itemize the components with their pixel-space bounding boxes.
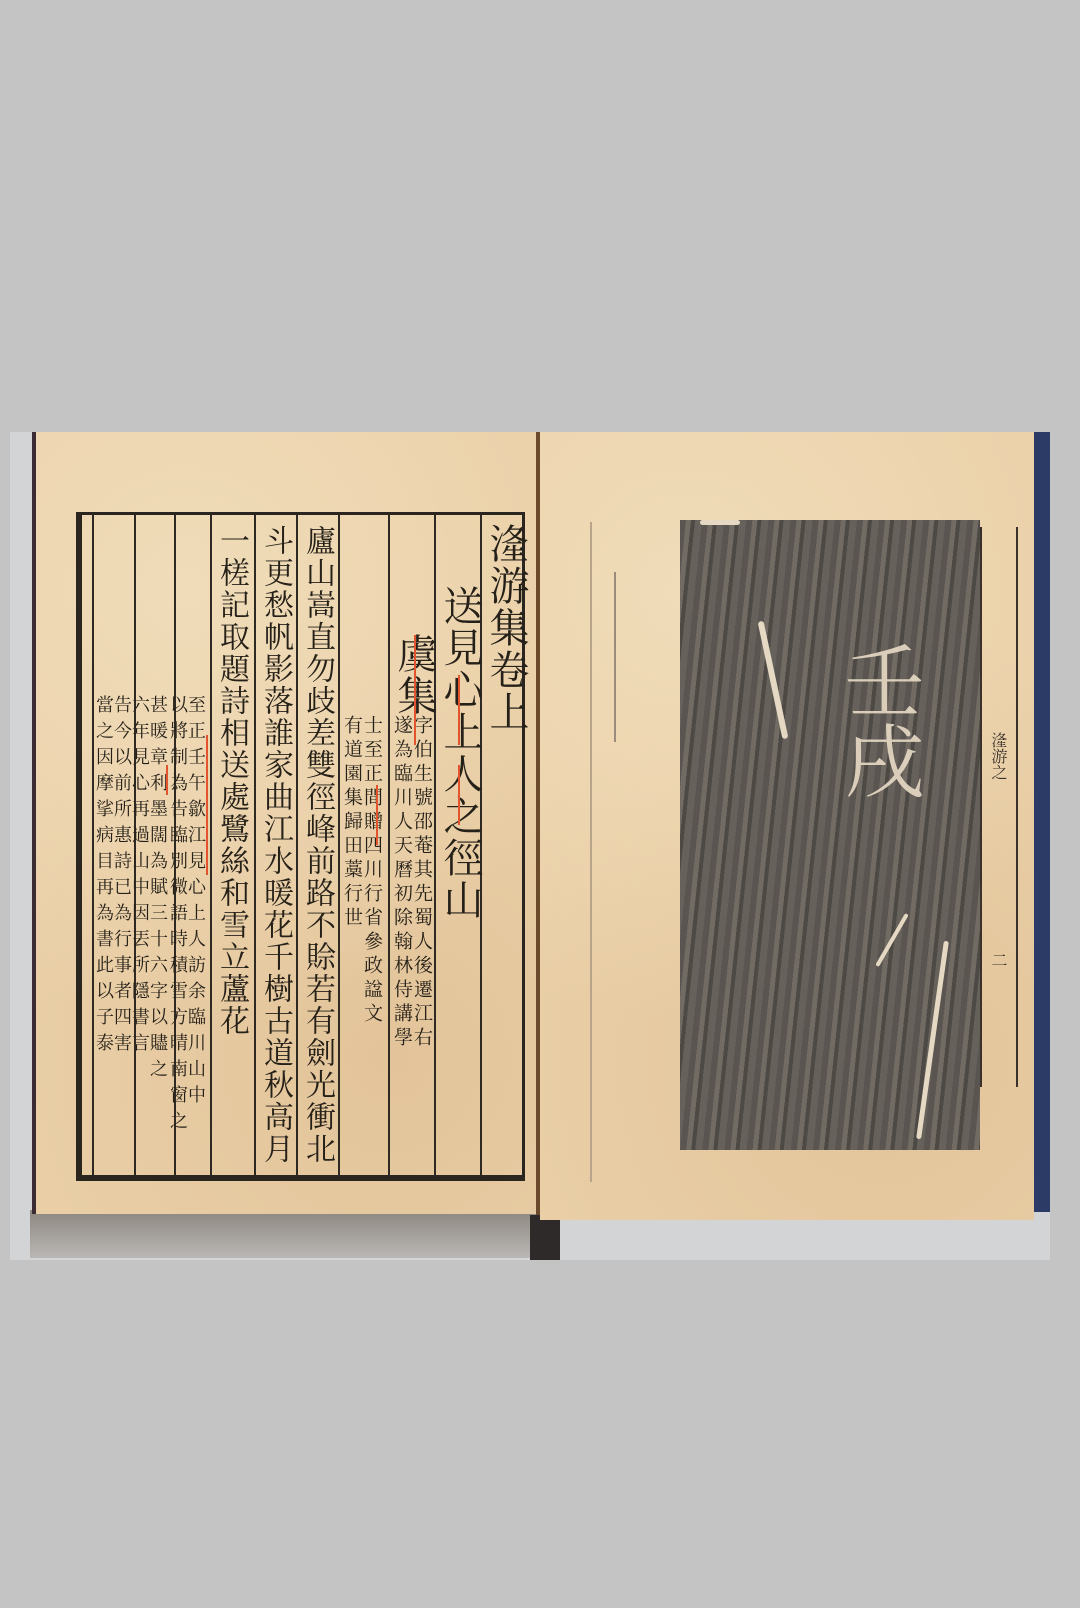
stone-rubbing: 壬戌 [680, 520, 980, 1150]
verse-line: 一槎記取題詩相送處鷺絲和雪立蘆花 [216, 525, 246, 1037]
volume-title: 湰游集卷上 [486, 523, 526, 733]
column-rule [388, 515, 390, 1175]
rubbing-crack [916, 941, 949, 1140]
red-punctuation-mark [414, 635, 416, 745]
show-through-rule [590, 522, 592, 1182]
column-rule [296, 515, 298, 1175]
prose-note: 當之因摩挲病目再為書此以子泰 [94, 695, 112, 1059]
prose-note: 甚暖章利墨闊為賦三十六字以贐之 [148, 695, 166, 1085]
red-punctuation-mark [166, 765, 168, 795]
spine-gap [530, 1215, 560, 1260]
folio-number: 二 [987, 952, 1010, 968]
column-rule [338, 515, 340, 1175]
poem-title: 送見心上人之徑山 [440, 585, 480, 921]
verse-line: 廬山嵩直勿歧差雙徑峰前路不賒若有劍光衝北 [302, 525, 332, 1165]
margin-frame [980, 527, 1018, 1087]
red-punctuation-mark [376, 785, 378, 845]
rubbing-crack [758, 621, 789, 740]
author-note: 士至正間贈四川行省參政諡文 [362, 715, 381, 1027]
show-through-rule [614, 572, 616, 742]
margin-label: 湰游之 [987, 732, 1010, 780]
rubbing-character: 壬戌 [820, 640, 935, 800]
left-page: 湰游集卷上 送見心上人之徑山 虞集 字伯生號邵菴其先蜀人後遷江右 遂為臨川人天曆… [32, 432, 540, 1214]
prose-note: 告今以前所惠詩已為行事者四害 [112, 695, 130, 1059]
prose-note: 六年見心再過山中因丟所隱書言 [130, 695, 148, 1059]
column-rule [434, 515, 436, 1175]
column-rule [210, 515, 212, 1175]
red-punctuation-mark [458, 675, 460, 745]
verse-line: 斗更愁帆影落誰家曲江水暖花千樹古道秋高月 [260, 525, 290, 1165]
author-note: 遂為臨川人天曆初除翰林侍講學 [392, 715, 411, 1051]
red-punctuation-mark [458, 765, 460, 825]
author-note: 字伯生號邵菴其先蜀人後遷江右 [412, 715, 431, 1051]
printed-frame: 湰游集卷上 送見心上人之徑山 虞集 字伯生號邵菴其先蜀人後遷江右 遂為臨川人天曆… [76, 512, 525, 1181]
right-page: 壬戌 湰游之 二 [540, 432, 1034, 1220]
red-punctuation-mark [206, 735, 208, 875]
book-shadow [30, 1210, 540, 1258]
prose-note: 以將制為告臨別微語時積雪方晴南窗之 [168, 695, 186, 1137]
rubbing-crack [875, 913, 908, 967]
rubbing-crack [700, 520, 740, 525]
prose-note: 至正壬午歙江見心上人訪余臨川山中 [186, 695, 204, 1111]
author-note: 有道園集歸田藁行世 [342, 715, 361, 931]
column-rule [254, 515, 256, 1175]
